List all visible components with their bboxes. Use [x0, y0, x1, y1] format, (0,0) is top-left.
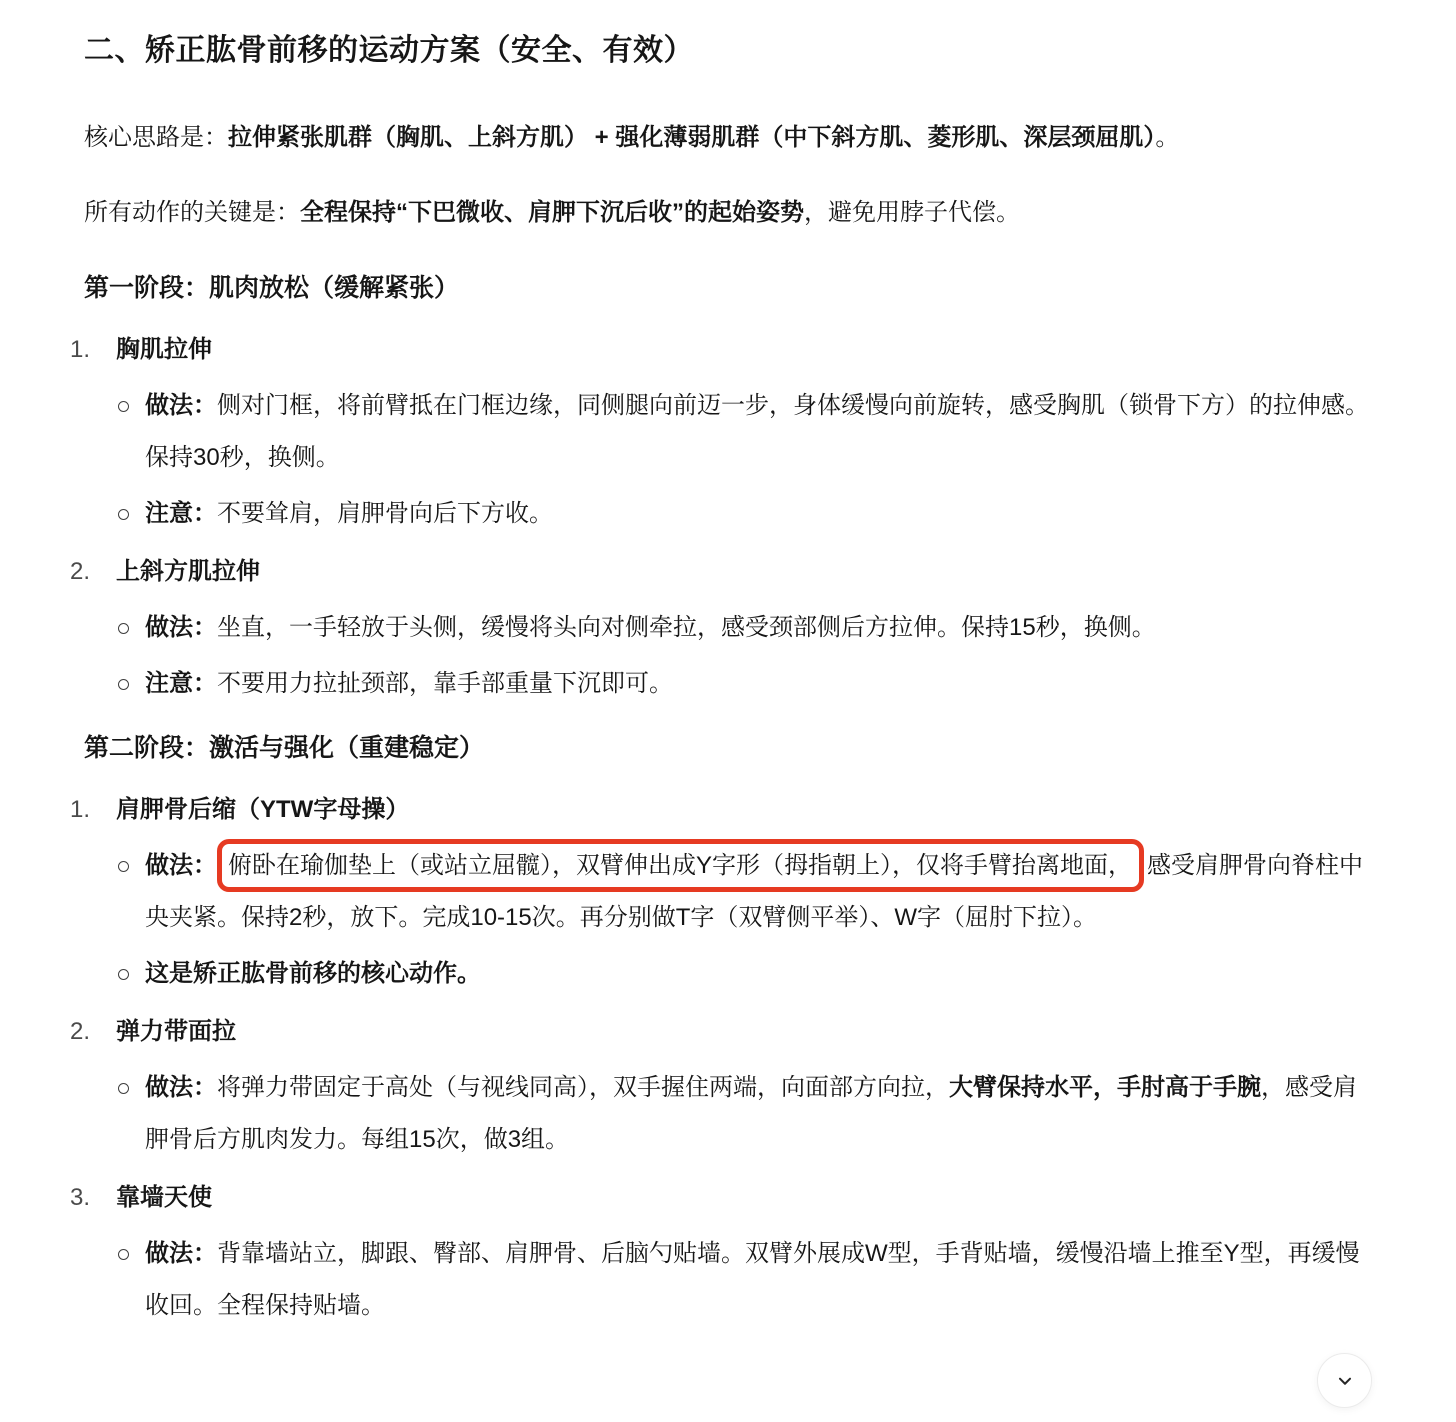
circle-bullet-icon [116, 380, 145, 484]
scroll-down-button[interactable] [1317, 1353, 1372, 1408]
bullet-text: 做法：坐直，一手轻放于头侧，缓慢将头向对侧牵拉，感受颈部侧后方拉伸。保持15秒，… [145, 602, 1372, 654]
bullet-text: 做法：俯卧在瑜伽垫上（或站立屈髋），双臂伸出成Y字形（拇指朝上），仅将手臂抬离地… [145, 840, 1372, 944]
circle-bullet-icon [116, 488, 145, 540]
list-item-name: 肩胛骨后缩（YTW字母操） [116, 784, 409, 836]
bullet-label: 做法： [145, 852, 217, 879]
list-item-band-facepull: 2. 弹力带面拉 [84, 1006, 1372, 1058]
bullet-body-start: 将弹力带固定于高处（与视线同高），双手握住两端，向面部方向拉， [217, 1074, 949, 1101]
circle-bullet-icon [116, 840, 145, 944]
bullet-body: 不要耸肩，肩胛骨向后下方收。 [217, 500, 553, 527]
bullet-method: 做法：坐直，一手轻放于头侧，缓慢将头向对侧牵拉，感受颈部侧后方拉伸。保持15秒，… [116, 602, 1372, 654]
intro-key-paragraph: 所有动作的关键是：全程保持“下巴微收、肩胛下沉后收”的起始姿势，避免用脖子代偿。 [84, 191, 1372, 234]
list-item-name: 弹力带面拉 [116, 1006, 236, 1058]
bullet-text: 注意：不要耸肩，肩胛骨向后下方收。 [145, 488, 1372, 540]
list-item-name: 靠墙天使 [116, 1172, 212, 1224]
circle-bullet-icon [116, 1062, 145, 1166]
bullet-method: 做法：将弹力带固定于高处（与视线同高），双手握住两端，向面部方向拉，大臂保持水平… [116, 1062, 1372, 1166]
bullet-label: 做法： [145, 1240, 217, 1267]
bullet-note-bold: 这是矫正肱骨前移的核心动作。 [145, 960, 481, 987]
list-item-number: 3. [70, 1172, 116, 1224]
red-highlight-box: 俯卧在瑜伽垫上（或站立屈髋），双臂伸出成Y字形（拇指朝上），仅将手臂抬离地面， [217, 839, 1144, 892]
bullet-method: 做法：侧对门框，将前臂抵在门框边缘，同侧腿向前迈一步，身体缓慢向前旋转，感受胸肌… [116, 380, 1372, 484]
bullet-caution: 注意：不要用力拉扯颈部，靠手部重量下沉即可。 [116, 658, 1372, 710]
circle-bullet-icon [116, 658, 145, 710]
document-body: 二、矫正肱骨前移的运动方案（安全、有效） 核心思路是：拉伸紧张肌群（胸肌、上斜方… [84, 30, 1372, 1332]
intro-core-paragraph: 核心思路是：拉伸紧张肌群（胸肌、上斜方肌） + 强化薄弱肌群（中下斜方肌、菱形肌… [84, 116, 1372, 159]
bullet-text: 做法：将弹力带固定于高处（与视线同高），双手握住两端，向面部方向拉，大臂保持水平… [145, 1062, 1372, 1166]
bullet-body: 坐直，一手轻放于头侧，缓慢将头向对侧牵拉，感受颈部侧后方拉伸。保持15秒，换侧。 [217, 614, 1156, 641]
list-item-name: 胸肌拉伸 [116, 324, 212, 376]
highlighted-text: 俯卧在瑜伽垫上（或站立屈髋），双臂伸出成Y字形（拇指朝上），仅将手臂抬离地面， [228, 852, 1132, 879]
chevron-down-icon [1334, 1370, 1356, 1392]
circle-bullet-icon [116, 1228, 145, 1332]
intro-core-suffix: 。 [1155, 124, 1179, 151]
bullet-body: 侧对门框，将前臂抵在门框边缘，同侧腿向前迈一步，身体缓慢向前旋转，感受胸肌（锁骨… [145, 392, 1369, 471]
list-item-wall-angel: 3. 靠墙天使 [84, 1172, 1372, 1224]
list-item-number: 2. [70, 546, 116, 598]
bullet-label: 注意： [145, 670, 217, 697]
phase1-heading: 第一阶段：肌肉放松（缓解紧张） [84, 266, 1372, 310]
bullet-label: 注意： [145, 500, 217, 527]
phase2-heading: 第二阶段：激活与强化（重建稳定） [84, 726, 1372, 770]
bullet-body-bold: 大臂保持水平，手肘高于手腕 [949, 1074, 1261, 1101]
circle-bullet-icon [116, 602, 145, 654]
circle-bullet-icon [116, 948, 145, 1000]
bullet-label: 做法： [145, 392, 217, 419]
bullet-body: 背靠墙站立，脚跟、臀部、肩胛骨、后脑勺贴墙。双臂外展成W型，手背贴墙，缓慢沿墙上… [145, 1240, 1360, 1319]
bullet-method: 做法：背靠墙站立，脚跟、臀部、肩胛骨、后脑勺贴墙。双臂外展成W型，手背贴墙，缓慢… [116, 1228, 1372, 1332]
list-item-number: 2. [70, 1006, 116, 1058]
bullet-text: 做法：侧对门框，将前臂抵在门框边缘，同侧腿向前迈一步，身体缓慢向前旋转，感受胸肌… [145, 380, 1372, 484]
list-item-name: 上斜方肌拉伸 [116, 546, 260, 598]
bullet-core-note: 这是矫正肱骨前移的核心动作。 [116, 948, 1372, 1000]
bullet-method-ytw: 做法：俯卧在瑜伽垫上（或站立屈髋），双臂伸出成Y字形（拇指朝上），仅将手臂抬离地… [116, 840, 1372, 944]
intro-key-suffix: ，避免用脖子代偿。 [804, 199, 1020, 226]
bullet-label: 做法： [145, 1074, 217, 1101]
list-item-number: 1. [70, 784, 116, 836]
page-title: 二、矫正肱骨前移的运动方案（安全、有效） [84, 30, 1372, 72]
list-item-number: 1. [70, 324, 116, 376]
bullet-caution: 注意：不要耸肩，肩胛骨向后下方收。 [116, 488, 1372, 540]
bullet-label: 做法： [145, 614, 217, 641]
list-item-chest-stretch: 1. 胸肌拉伸 [84, 324, 1372, 376]
bullet-text: 这是矫正肱骨前移的核心动作。 [145, 948, 1372, 1000]
intro-core-bold: 拉伸紧张肌群（胸肌、上斜方肌） + 强化薄弱肌群（中下斜方肌、菱形肌、深层颈屈肌… [228, 124, 1155, 151]
intro-core-prefix: 核心思路是： [84, 124, 228, 151]
intro-key-bold: 全程保持“下巴微收、肩胛下沉后收”的起始姿势 [300, 199, 804, 226]
list-item-upper-trap-stretch: 2. 上斜方肌拉伸 [84, 546, 1372, 598]
bullet-text: 注意：不要用力拉扯颈部，靠手部重量下沉即可。 [145, 658, 1372, 710]
bullet-body: 不要用力拉扯颈部，靠手部重量下沉即可。 [217, 670, 673, 697]
bullet-text: 做法：背靠墙站立，脚跟、臀部、肩胛骨、后脑勺贴墙。双臂外展成W型，手背贴墙，缓慢… [145, 1228, 1372, 1332]
intro-key-prefix: 所有动作的关键是： [84, 199, 300, 226]
list-item-ytw: 1. 肩胛骨后缩（YTW字母操） [84, 784, 1372, 836]
